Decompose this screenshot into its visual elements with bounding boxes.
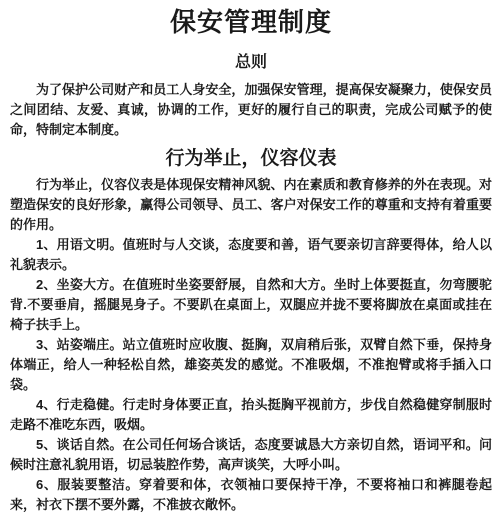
paragraph-item-3-standing-posture: 3、站姿端庄。站立值班时应收腹、挺胸，双肩稍后张，双臂自然下垂，保持身体端正，给… bbox=[10, 335, 492, 395]
paragraph-item-1-polite-language: 1、用语文明。值班时与人交谈，态度要和善，语气要亲切言辞要得体，给人以礼貌表示。 bbox=[10, 235, 492, 275]
paragraph-item-4-walking: 4、行走稳健。行走时身体要正直，抬头挺胸平视前方，步伐自然稳健穿制服时走路不准吃… bbox=[10, 395, 492, 435]
paragraph-item-2-sitting-posture: 2、坐姿大方。在值班时坐姿要舒展，自然和大方。坐时上体要挺直，勿弯腰驼背.不要垂… bbox=[10, 275, 492, 335]
document-page: 保安管理制度 总则 为了保护公司财产和员工人身安全，加强保安管理，提高保安凝聚力… bbox=[0, 0, 500, 517]
section-heading-conduct-appearance: 行为举止，仪容仪表 bbox=[10, 146, 492, 172]
document-title: 保安管理制度 bbox=[10, 6, 492, 38]
paragraph-item-5-conversation: 5、谈话自然。在公司任何场合谈话，态度要诚恳大方亲切自然，语词平和。问候时注意礼… bbox=[10, 435, 492, 475]
paragraph-item-6-clothing: 6、服装要整洁。穿着要和体，衣领袖口要保持干净，不要将袖口和裤腿卷起来，衬衣下摆… bbox=[10, 475, 492, 515]
paragraph-conduct-intro: 行为举止，仪容仪表是体现保安精神风貌、内在素质和教育修养的外在表现。对塑造保安的… bbox=[10, 175, 492, 235]
paragraph-general-rules: 为了保护公司财产和员工人身安全，加强保安管理，提高保安凝聚力，使保安员之间团结、… bbox=[10, 80, 492, 140]
section-heading-general-rules: 总则 bbox=[10, 52, 492, 74]
